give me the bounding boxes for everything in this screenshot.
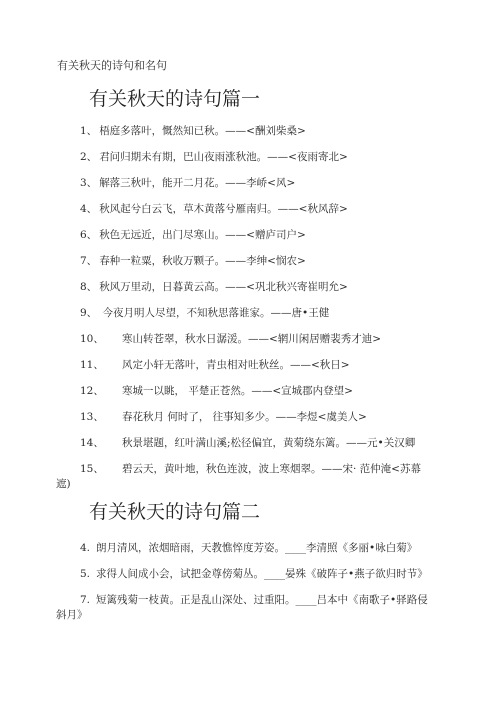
list-item: 12、寒城一以眺， 平楚正苍然。——<宣城郡内登望>	[80, 384, 480, 399]
list-item: 3、解落三秋叶，能开二月花。——李峤<风>	[80, 176, 480, 191]
list-item: 8、秋风万里动，日暮黄云高。——<巩北秋兴寄崔明允>	[80, 280, 480, 295]
list-item: 11、风定小轩无落叶，青虫相对吐秋丝。——<秋日>	[80, 358, 480, 373]
document-title: 有关秋天的诗句和名句	[57, 58, 167, 74]
list-item: 13、春花秋月 何时了， 往事知多少。——李煜<虞美人>	[80, 410, 480, 425]
document-page: 有关秋天的诗句和名句 有关秋天的诗句篇一 1、梧庭多落叶，慨然知已秋。——<酬刘…	[0, 0, 500, 707]
list-item: 6、秋色无远近，出门尽寒山。——<赠庐司户>	[80, 228, 480, 243]
list-item: 2、君问归期未有期，巴山夜雨涨秋池。——<夜雨寄北>	[80, 150, 480, 165]
section-heading-1: 有关秋天的诗句篇一	[89, 87, 260, 111]
list-item: 7.短篱残菊一枝黄。正是乱山深处、过重阳。____吕本中《南歌子•驿路侵斜月》	[80, 593, 480, 623]
list-item: 7、春种一粒粟，秋收万颗子。——李绅<悯农>	[80, 254, 480, 269]
list-item: 5.求得人间成小会，试把金尊傍菊丛。____晏殊《破阵子•燕子欲归时节》	[80, 567, 480, 582]
list-item: 9、 今夜月明人尽望，不知秋思落谁家。——唐•王健	[80, 306, 480, 321]
section-heading-2: 有关秋天的诗句篇二	[89, 500, 260, 524]
list-item: 4.朗月清风，浓烟暗雨，天教憔悴度芳姿。____李清照《多丽•咏白菊》	[80, 541, 480, 556]
list-item: 10、寒山转苍翠，秋水日潺湲。——<辋川闲居赠裴秀才迪>	[80, 332, 480, 347]
list-item: 14、秋景堪题，红叶满山溪;松径偏宜，黄菊绕东篱。——元•关汉卿	[80, 436, 480, 451]
list-item: 4、秋风起兮白云飞，草木黄落兮雁南归。——<秋风辞>	[80, 202, 480, 217]
list-item: 15、碧云天，黄叶地，秋色连波，波上寒烟翠。——宋· 范仲淹<苏幕遮)	[80, 462, 480, 492]
list-item: 1、梧庭多落叶，慨然知已秋。——<酬刘柴桑>	[80, 124, 480, 139]
